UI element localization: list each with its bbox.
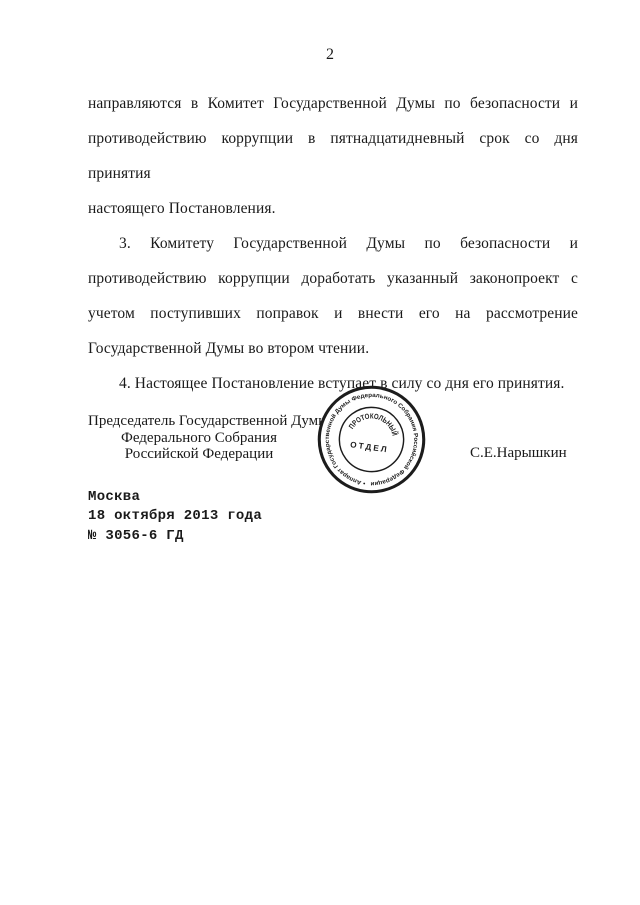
signatory-name: С.Е.Нарышкин: [470, 445, 567, 462]
paragraph-continuation: направляются в Комитет Государственной Д…: [88, 86, 578, 226]
protocol-department-stamp-icon: • Аппарат Государственной Думы Федеральн…: [312, 382, 431, 497]
signature-block: Председатель Государственной Думы Федера…: [88, 413, 333, 463]
document-page: 2 направляются в Комитет Государственной…: [0, 0, 640, 905]
body-line: Государственной Думы во втором чтении.: [88, 331, 578, 366]
issuance-date: 18 октября 2013 года: [88, 507, 262, 526]
page-number: 2: [300, 46, 360, 64]
document-body: направляются в Комитет Государственной Д…: [88, 86, 578, 401]
body-line: настоящего Постановления.: [88, 191, 578, 226]
signatory-title-line-1: Председатель Государственной Думы: [88, 413, 333, 430]
body-line: противодействию коррупции в пятнадцатидн…: [88, 121, 578, 191]
body-line: противодействию коррупции доработать ука…: [88, 261, 578, 296]
body-line: направляются в Комитет Государственной Д…: [88, 86, 578, 121]
body-line: учетом поступивших поправок и внести его…: [88, 296, 578, 331]
body-line: 3. Комитету Государственной Думы по безо…: [88, 226, 578, 261]
paragraph-item-3: 3. Комитету Государственной Думы по безо…: [88, 226, 578, 366]
signatory-title-line-2: Федерального Собрания: [88, 430, 310, 447]
issuance-block: Москва 18 октября 2013 года № 3056-6 ГД: [88, 488, 262, 546]
issuance-city: Москва: [88, 488, 262, 507]
document-number: № 3056-6 ГД: [88, 527, 262, 546]
signatory-title-line-3: Российской Федерации: [88, 446, 310, 463]
